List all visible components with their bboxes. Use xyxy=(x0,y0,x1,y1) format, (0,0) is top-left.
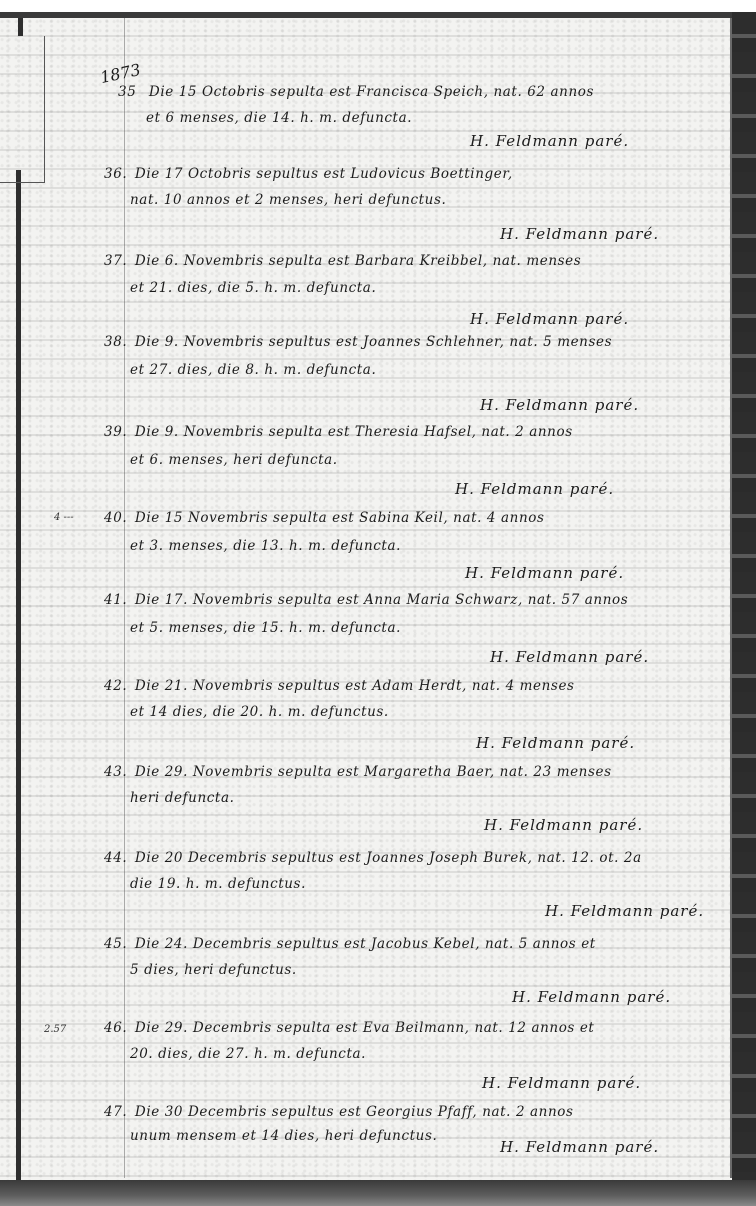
entry-43-line2: heri defuncta. xyxy=(130,790,235,806)
entry-47-signature: H. Feldmann paré. xyxy=(500,1138,659,1156)
margin-box xyxy=(0,36,45,183)
entry-46-line1: 46. Die 29. Decembris sepulta est Eva Be… xyxy=(104,1020,594,1036)
entry-40-line2: et 3. menses, die 13. h. m. defuncta. xyxy=(130,538,401,554)
entry-39-line2: et 6. menses, heri defuncta. xyxy=(130,452,338,468)
entry-44-line1: 44. Die 20 Decembris sepultus est Joanne… xyxy=(104,850,642,866)
binding-bar-top xyxy=(18,18,23,36)
entry-38-signature: H. Feldmann paré. xyxy=(480,396,639,414)
entry-40-line1: 40. Die 15 Novembris sepulta est Sabina … xyxy=(104,510,545,526)
entry-47-line2: unum mensem et 14 dies, heri defunctus. xyxy=(130,1128,437,1144)
entry-35-signature: H. Feldmann paré. xyxy=(470,132,629,150)
entry-40-signature: H. Feldmann paré. xyxy=(465,564,624,582)
entry-35-line2: et 6 menses, die 14. h. m. defuncta. xyxy=(146,110,412,126)
page-bottom-edge xyxy=(0,1180,756,1206)
entry-38-line2: et 27. dies, die 8. h. m. defuncta. xyxy=(130,362,376,378)
entry-42-signature: H. Feldmann paré. xyxy=(476,734,635,752)
entry-41-line1: 41. Die 17. Novembris sepulta est Anna M… xyxy=(104,592,628,608)
page-right-edge xyxy=(732,12,756,1192)
right-ruled-line xyxy=(730,18,732,1178)
entry-38-line1: 38. Die 9. Novembris sepultus est Joanne… xyxy=(104,334,612,350)
entry-45-line2: 5 dies, heri defunctus. xyxy=(130,962,297,978)
entry-46-line2: 20. dies, die 27. h. m. defuncta. xyxy=(130,1046,366,1062)
entry-47-line1: 47. Die 30 Decembris sepultus est Georgi… xyxy=(104,1104,574,1120)
entry-43-line1: 43. Die 29. Novembris sepulta est Margar… xyxy=(104,764,612,780)
entry-36-signature: H. Feldmann paré. xyxy=(500,225,659,243)
entry-41-line2: et 5. menses, die 15. h. m. defuncta. xyxy=(130,620,401,636)
margin-note-40: 4 --- xyxy=(54,512,74,523)
entry-45-signature: H. Feldmann paré. xyxy=(512,988,671,1006)
entry-44-signature: H. Feldmann paré. xyxy=(545,902,704,920)
entry-39-line1: 39. Die 9. Novembris sepulta est Theresi… xyxy=(104,424,573,440)
entry-35-line1: 35 Die 15 Octobris sepulta est Francisca… xyxy=(118,84,594,100)
entry-41-signature: H. Feldmann paré. xyxy=(490,648,649,666)
entry-43-signature: H. Feldmann paré. xyxy=(484,816,643,834)
entry-39-signature: H. Feldmann paré. xyxy=(455,480,614,498)
entry-44-line2: die 19. h. m. defunctus. xyxy=(130,876,306,892)
entry-36-line1: 36. Die 17 Octobris sepultus est Ludovic… xyxy=(104,166,513,182)
entry-42-line1: 42. Die 21. Novembris sepultus est Adam … xyxy=(104,678,575,694)
entry-42-line2: et 14 dies, die 20. h. m. defunctus. xyxy=(130,704,389,720)
entry-37-line2: et 21. dies, die 5. h. m. defuncta. xyxy=(130,280,376,296)
entry-37-line1: 37. Die 6. Novembris sepulta est Barbara… xyxy=(104,253,581,269)
entry-37-signature: H. Feldmann paré. xyxy=(470,310,629,328)
entry-45-line1: 45. Die 24. Decembris sepultus est Jacob… xyxy=(104,936,596,952)
binding-bar xyxy=(16,170,21,1180)
margin-note-46: 2.57 xyxy=(44,1024,66,1035)
entry-46-signature: H. Feldmann paré. xyxy=(482,1074,641,1092)
entry-36-line2: nat. 10 annos et 2 menses, heri defunctu… xyxy=(130,192,446,208)
